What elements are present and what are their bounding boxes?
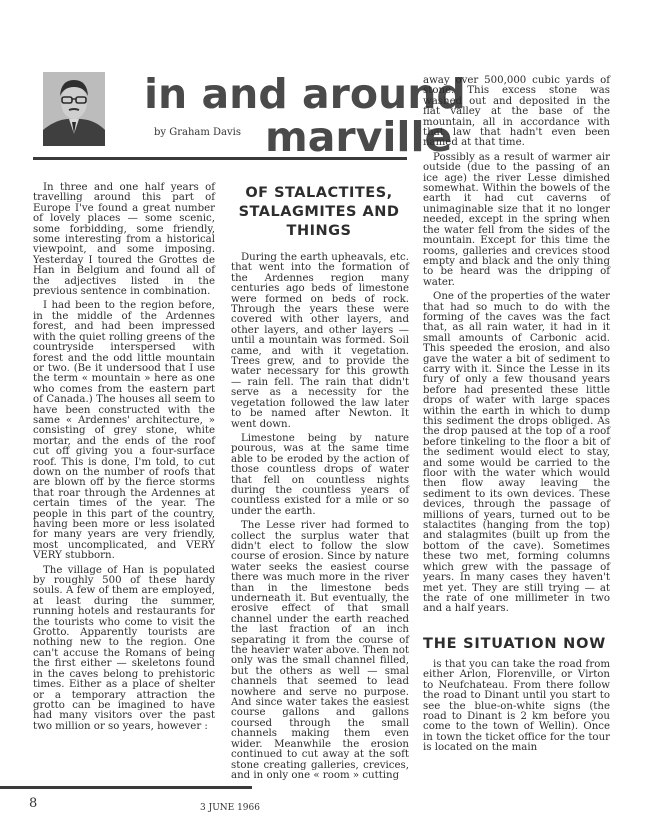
column-2: During the earth upheavals, etc. that we… — [231, 253, 409, 785]
author-portrait-icon — [43, 72, 105, 146]
paragraph: During the earth upheavals, etc. that we… — [231, 253, 409, 430]
column-1: In three and one half years of travellin… — [33, 183, 215, 736]
page-number: 8 — [29, 796, 37, 811]
paragraph: One of the properties of the water that … — [423, 292, 610, 615]
paragraph: away over 500,000 cubic yards of stone. … — [423, 76, 610, 149]
section-heading-situation-now: THE SITUATION NOW — [423, 636, 610, 652]
paragraph: Limestone being by nature pourous, was a… — [231, 434, 409, 517]
paragraph: Possibly as a result of warmer air outsi… — [423, 153, 610, 288]
section-heading-stalactites: OF STALACTITES, STALAGMITES AND THINGS — [238, 184, 400, 241]
issue-date: 3 JUNE 1966 — [200, 803, 260, 813]
paragraph: The Lesse river had formed to collect th… — [231, 521, 409, 781]
byline: by Graham Davis — [154, 127, 241, 138]
paragraph: In three and one half years of travellin… — [33, 183, 215, 297]
column-3-situation: is that you can take the road from eithe… — [423, 660, 610, 758]
footer-divider — [0, 786, 252, 789]
paragraph: The village of Han is populated by rough… — [33, 566, 215, 733]
article-title-line-1: in and around — [144, 74, 466, 115]
paragraph: I had been to the region before, in the … — [33, 301, 215, 561]
author-photo — [43, 72, 105, 146]
paragraph: is that you can take the road from eithe… — [423, 660, 610, 754]
column-3: away over 500,000 cubic yards of stone. … — [423, 76, 610, 619]
header-divider — [33, 157, 407, 160]
